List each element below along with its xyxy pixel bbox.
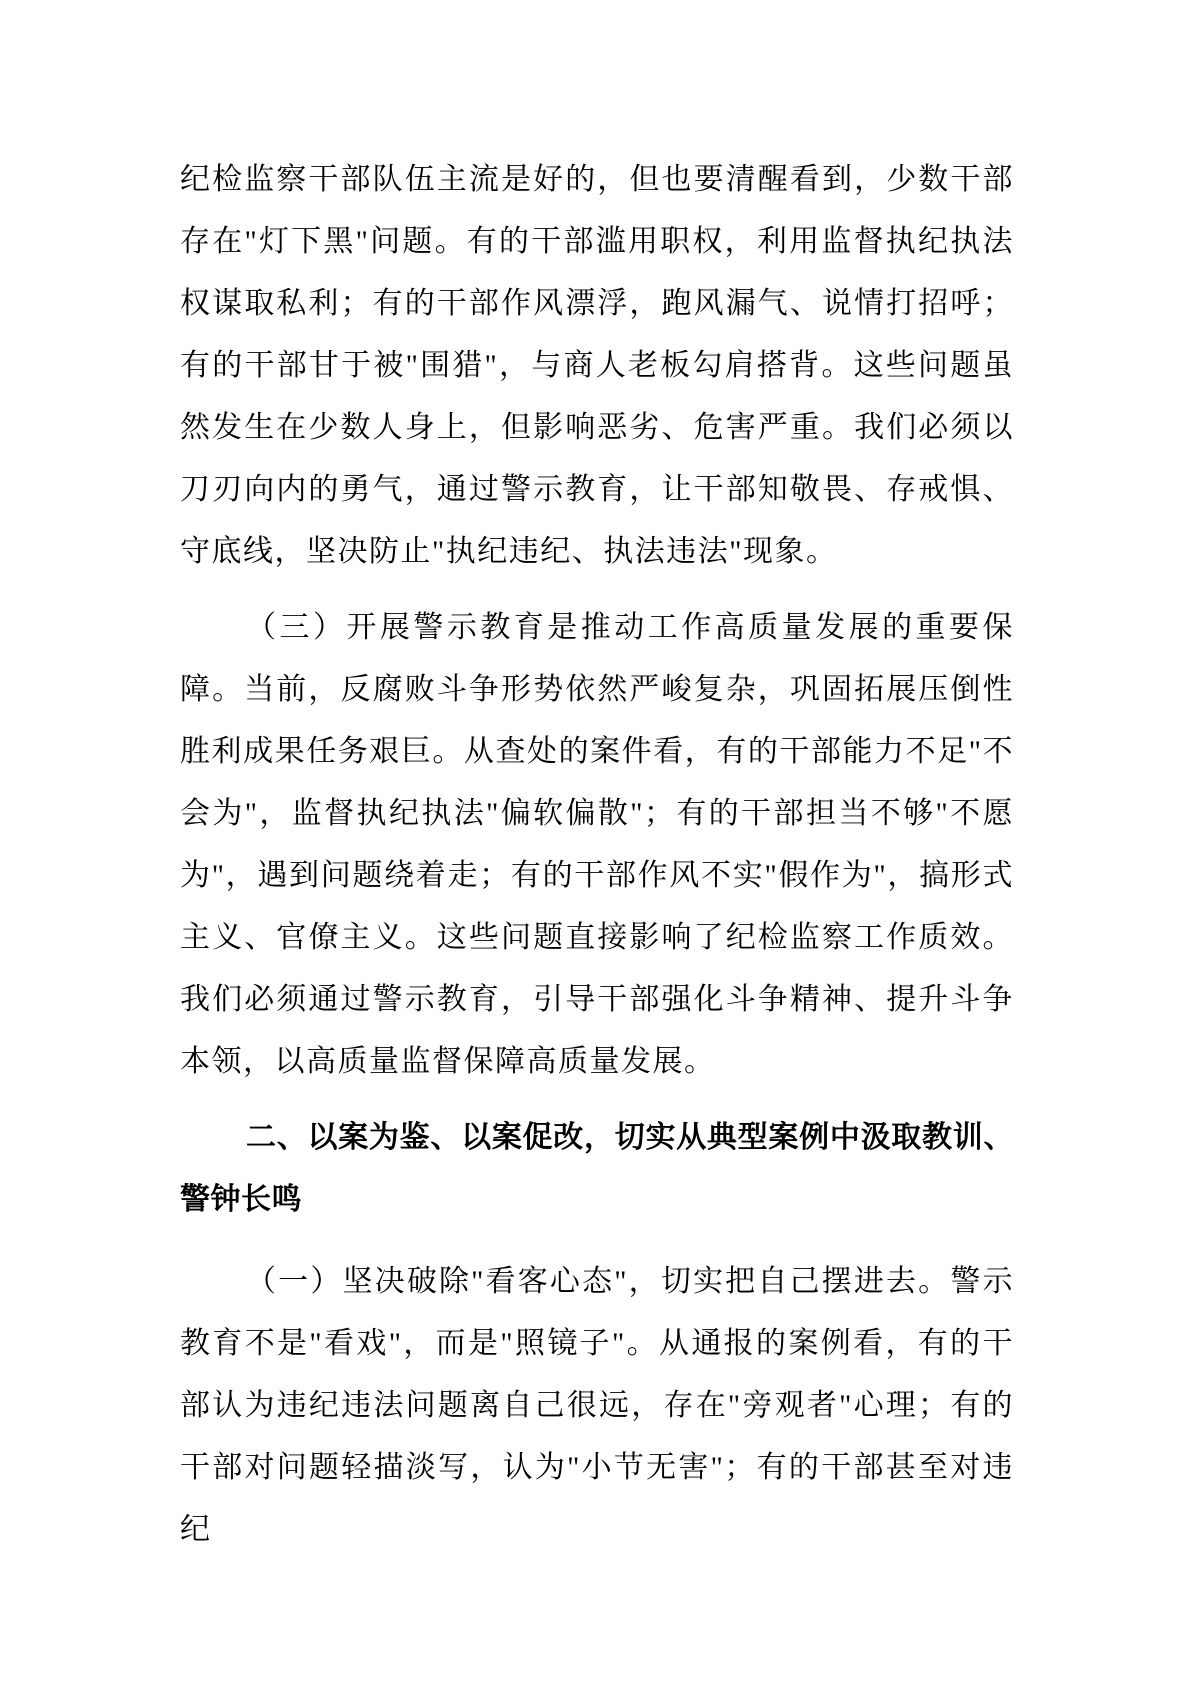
document-text-block: 纪检监察干部队伍主流是好的，但也要清醒看到，少数干部存在"灯下黑"问题。有的干部… [180,149,1014,1575]
document-page: 纪检监察干部队伍主流是好的，但也要清醒看到，少数干部存在"灯下黑"问题。有的干部… [0,0,1190,1683]
paragraph-section-three: （三）开展警示教育是推动工作高质量发展的重要保障。当前，反腐败斗争形势依然严峻复… [180,597,1014,1093]
paragraph-section-one: （一）坚决破除"看客心态"，切实把自己摆进去。警示教育不是"看戏"，而是"照镜子… [180,1251,1014,1561]
paragraph-continuation: 纪检监察干部队伍主流是好的，但也要清醒看到，少数干部存在"灯下黑"问题。有的干部… [180,149,1014,583]
section-heading-two: 二、以案为鉴、以案促改，切实从典型案例中汲取教训、警钟长鸣 [180,1107,1014,1231]
